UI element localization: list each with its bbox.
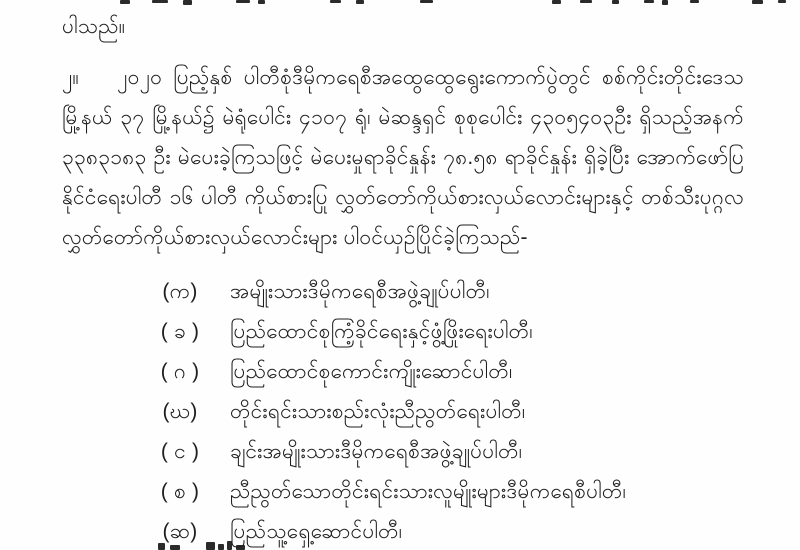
list-item-hsa: (ဆ) ပြည်သူ့ရှေ့ဆောင်ပါတီ၊ xyxy=(150,512,744,550)
paragraph-line-3: ၃၃၈၃၁၈၃ ဦး မဲပေးခဲ့ကြသဖြင့် မဲပေးမှုရာခိ… xyxy=(62,138,744,178)
list-item-text: အမျိုးသားဒီမိုကရေစီအဖွဲ့ချုပ်ပါတီ၊ xyxy=(230,272,490,312)
list-item-sa: ( စ ) ညီညွတ်သောတိုင်းရင်းသားလူမျိုးများဒ… xyxy=(150,472,744,512)
list-item-text: ပြည်သူ့ရှေ့ဆောင်ပါတီ၊ xyxy=(230,512,402,550)
list-item-ga: ( ဂ ) ပြည်ထောင်စုကောင်းကျိုးဆောင်ပါတီ၊ xyxy=(150,352,744,392)
paragraph-line-1: ၂။၂၀၂၀ ပြည့်နှစ် ပါတီစုံဒီမိုကရေစီအထွေထွ… xyxy=(62,58,744,98)
list-item-text: ပြည်ထောင်စုကြံ့ခိုင်ရေးနှင့်ဖွံ့ဖြိုးရေး… xyxy=(230,312,533,352)
list-item-text: တိုင်းရင်းသားစည်းလုံးညီညွတ်ရေးပါတီ၊ xyxy=(230,392,525,432)
list-item-ka: (က) အမျိုးသားဒီမိုကရေစီအဖွဲ့ချုပ်ပါတီ၊ xyxy=(150,272,744,312)
list-item-gha: (ဃ) တိုင်းရင်းသားစည်းလုံးညီညွတ်ရေးပါတီ၊ xyxy=(150,392,744,432)
document-page: ပါသည်။ ၂။၂၀၂၀ ပြည့်နှစ် ပါတီစုံဒီမိုကရေစ… xyxy=(62,0,744,550)
list-item-label: ( ဂ ) xyxy=(150,352,210,392)
list-item-label: ( ခ ) xyxy=(150,312,210,352)
paragraph-line-5: လွှတ်တော်ကိုယ်စားလှယ်လောင်းများ ပါဝင်ယှဉ… xyxy=(62,218,744,258)
list-item-label: ( င ) xyxy=(150,432,210,472)
previous-paragraph-closing-line: ပါသည်။ xyxy=(62,10,744,44)
list-item-label: (ဃ) xyxy=(150,392,210,432)
list-item-text: ပြည်ထောင်စုကောင်းကျိုးဆောင်ပါတီ၊ xyxy=(230,352,513,392)
paragraph-line-1-text: ၂၀၂၀ ပြည့်နှစ် ပါတီစုံဒီမိုကရေစီအထွေထွေရ… xyxy=(62,66,744,98)
list-item-text: ချင်းအမျိုးသားဒီမိုကရေစီအဖွဲ့ချုပ်ပါတီ၊ xyxy=(230,432,522,472)
party-list: (က) အမျိုးသားဒီမိုကရေစီအဖွဲ့ချုပ်ပါတီ၊ (… xyxy=(150,272,744,550)
list-item-label: (က) xyxy=(150,272,210,312)
list-item-text: ညီညွတ်သောတိုင်းရင်းသားလူမျိုးများဒီမိုကရ… xyxy=(230,472,626,512)
list-item-kha: ( ခ ) ပြည်ထောင်စုကြံ့ခိုင်ရေးနှင့်ဖွံ့ဖြ… xyxy=(150,312,744,352)
paragraph-line-2: မြို့နယ် ၃၇ မြို့နယ်၌ မဲရုံပေါင်း ၄၁၀၇ ရ… xyxy=(62,98,744,138)
list-item-label: (ဆ) xyxy=(150,512,210,550)
list-item-nga: ( င ) ချင်းအမျိုးသားဒီမိုကရေစီအဖွဲ့ချုပ်… xyxy=(150,432,744,472)
paragraph-number: ၂။ xyxy=(62,58,79,98)
paragraph-line-4: နိုင်ငံရေးပါတီ ၁၆ ပါတီ ကိုယ်စားပြု လွှတ်… xyxy=(62,178,744,218)
paragraph-2: ၂။၂၀၂၀ ပြည့်နှစ် ပါတီစုံဒီမိုကရေစီအထွေထွ… xyxy=(62,58,744,258)
list-item-label: ( စ ) xyxy=(150,472,210,512)
